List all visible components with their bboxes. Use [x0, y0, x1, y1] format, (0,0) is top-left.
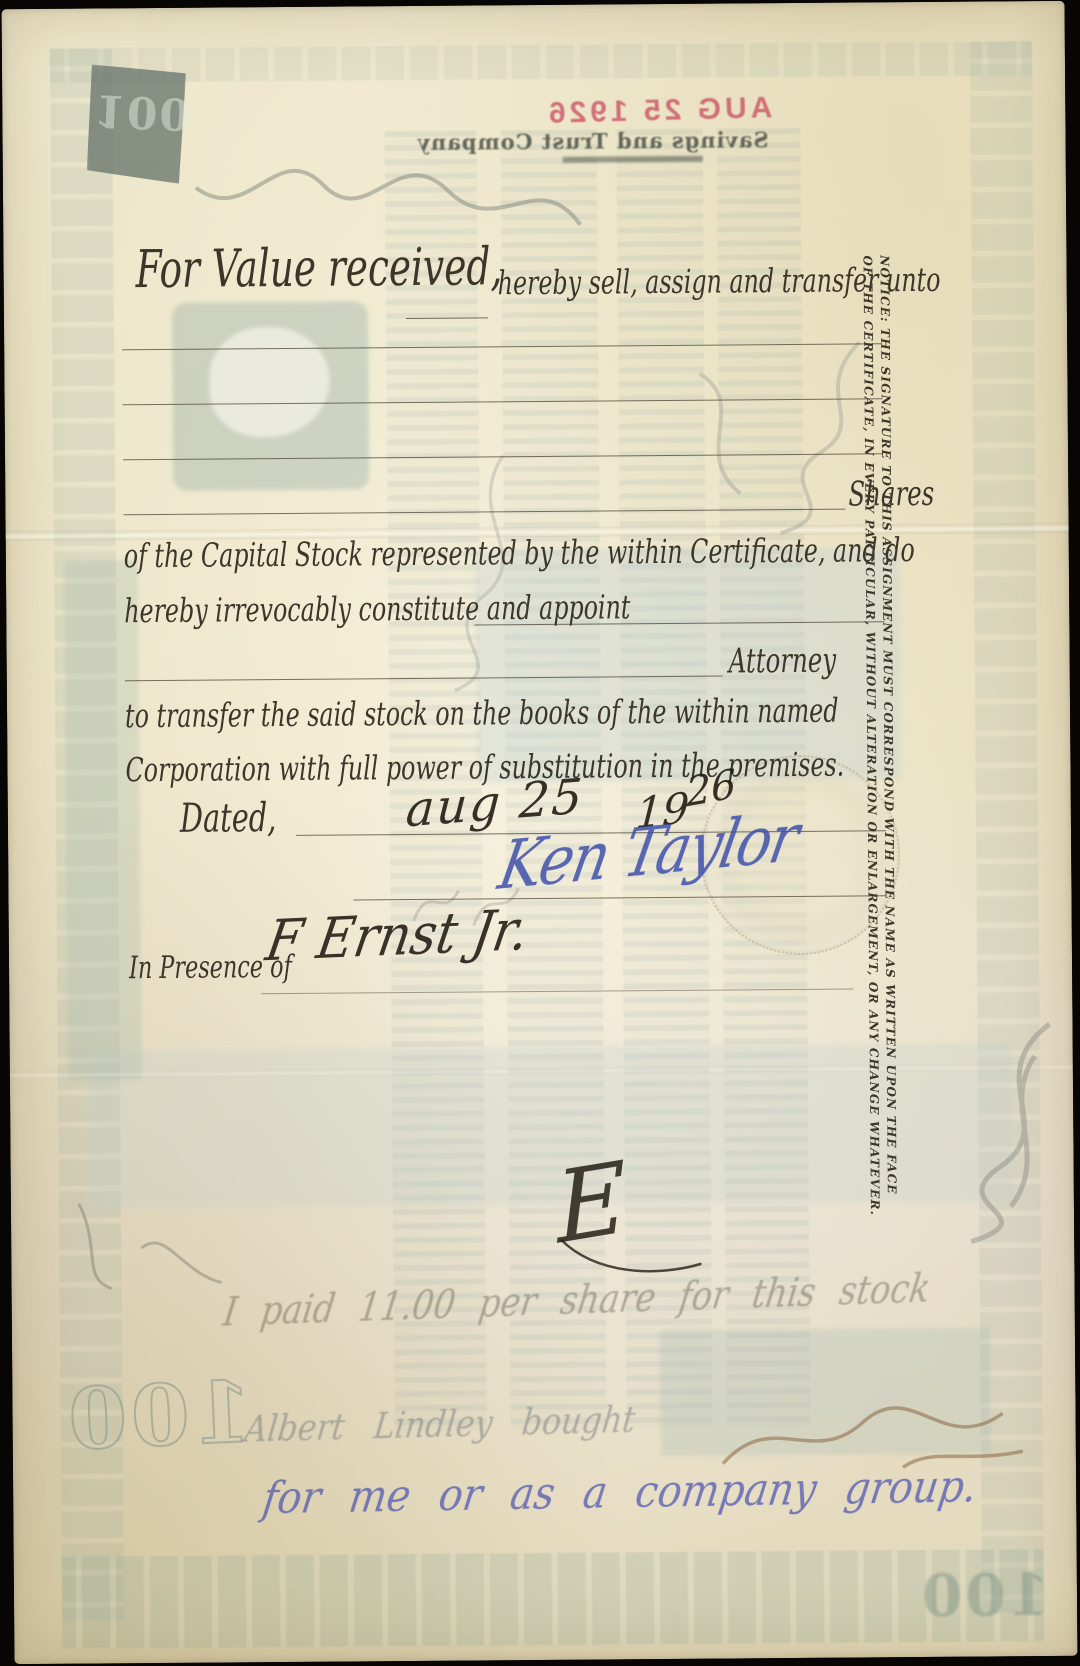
- dated-label: Dated,: [180, 795, 314, 842]
- ghost-pencil-squiggle: [71, 1187, 242, 1308]
- attorney-label: Attorney: [729, 640, 879, 681]
- sell-assign-text: hereby sell, assign and transfer unto: [498, 258, 1080, 302]
- scanned-certificate-back: 100 100 100 AUG 25 1926 Savings and Trus…: [0, 0, 1080, 1666]
- capital-stock-text: of the Capital Stock represented by the …: [124, 528, 1080, 576]
- border-band-bottom: [62, 1549, 1045, 1649]
- corner-100-ghost: 100: [93, 84, 185, 139]
- border-band-top: [50, 41, 1032, 83]
- notice-vertical-text: NOTICE: THE SIGNATURE TO THIS ASSIGNMENT…: [854, 255, 898, 1037]
- pencil-name-note: Albert Lindley bought: [242, 1399, 637, 1450]
- bottom-band-100-ghost: 100: [919, 1561, 1050, 1630]
- substitution-text: Corporation with full power of substitut…: [125, 742, 1080, 789]
- transfer-books-text: to transfer the said stock on the books …: [125, 688, 1080, 735]
- mirrored-date-stamp: AUG 25 1926: [542, 91, 773, 131]
- ink-company-note: for me or as a company group.: [260, 1461, 981, 1524]
- showthrough-wash: [64, 560, 142, 1081]
- ink-flourish-initial: E: [553, 1141, 630, 1267]
- paper-sheet: 100 100 100 AUG 25 1926 Savings and Trus…: [2, 1, 1078, 1664]
- mirrored-bank-stamp: Savings and Trust Company: [500, 127, 768, 154]
- witness-signature: F Ernst Jr.: [261, 898, 533, 975]
- ghost-flourish-right: [939, 1016, 1071, 1247]
- bottom-left-100-ghost: 100: [63, 1362, 254, 1469]
- ghost-signature-squiggle: [188, 155, 589, 248]
